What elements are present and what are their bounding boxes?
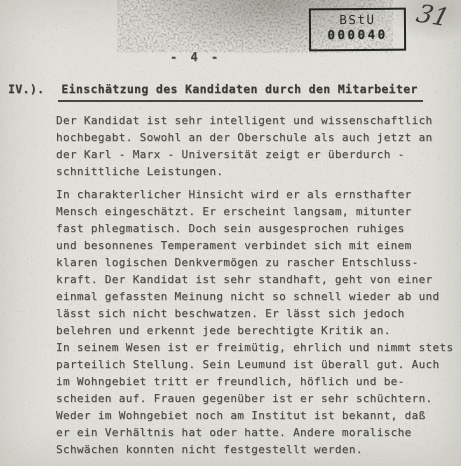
typed-page-number: - 4 - bbox=[170, 50, 221, 64]
handwritten-page-number: 31 bbox=[413, 0, 452, 32]
section-title: Einschätzung des Kandidaten durch den Mi… bbox=[58, 82, 422, 102]
stamp-serial-number: 000040 bbox=[311, 27, 404, 43]
paragraph-intelligence: Der Kandidat ist sehr intelligent und wi… bbox=[56, 112, 460, 180]
scanned-document-page: BStU 000040 31 - 4 - IV.). Einschätzung … bbox=[0, 0, 461, 466]
paragraph-character: In charakterlicher Hinsicht wird er als … bbox=[56, 186, 460, 458]
stamp-org-label: BStU bbox=[311, 12, 404, 28]
section-numeral: IV.). bbox=[8, 82, 44, 96]
body-text: Der Kandidat ist sehr intelligent und wi… bbox=[56, 112, 460, 458]
section-heading: IV.). Einschätzung des Kandidaten durch … bbox=[8, 82, 423, 102]
bstu-stamp: BStU 000040 bbox=[309, 8, 406, 52]
